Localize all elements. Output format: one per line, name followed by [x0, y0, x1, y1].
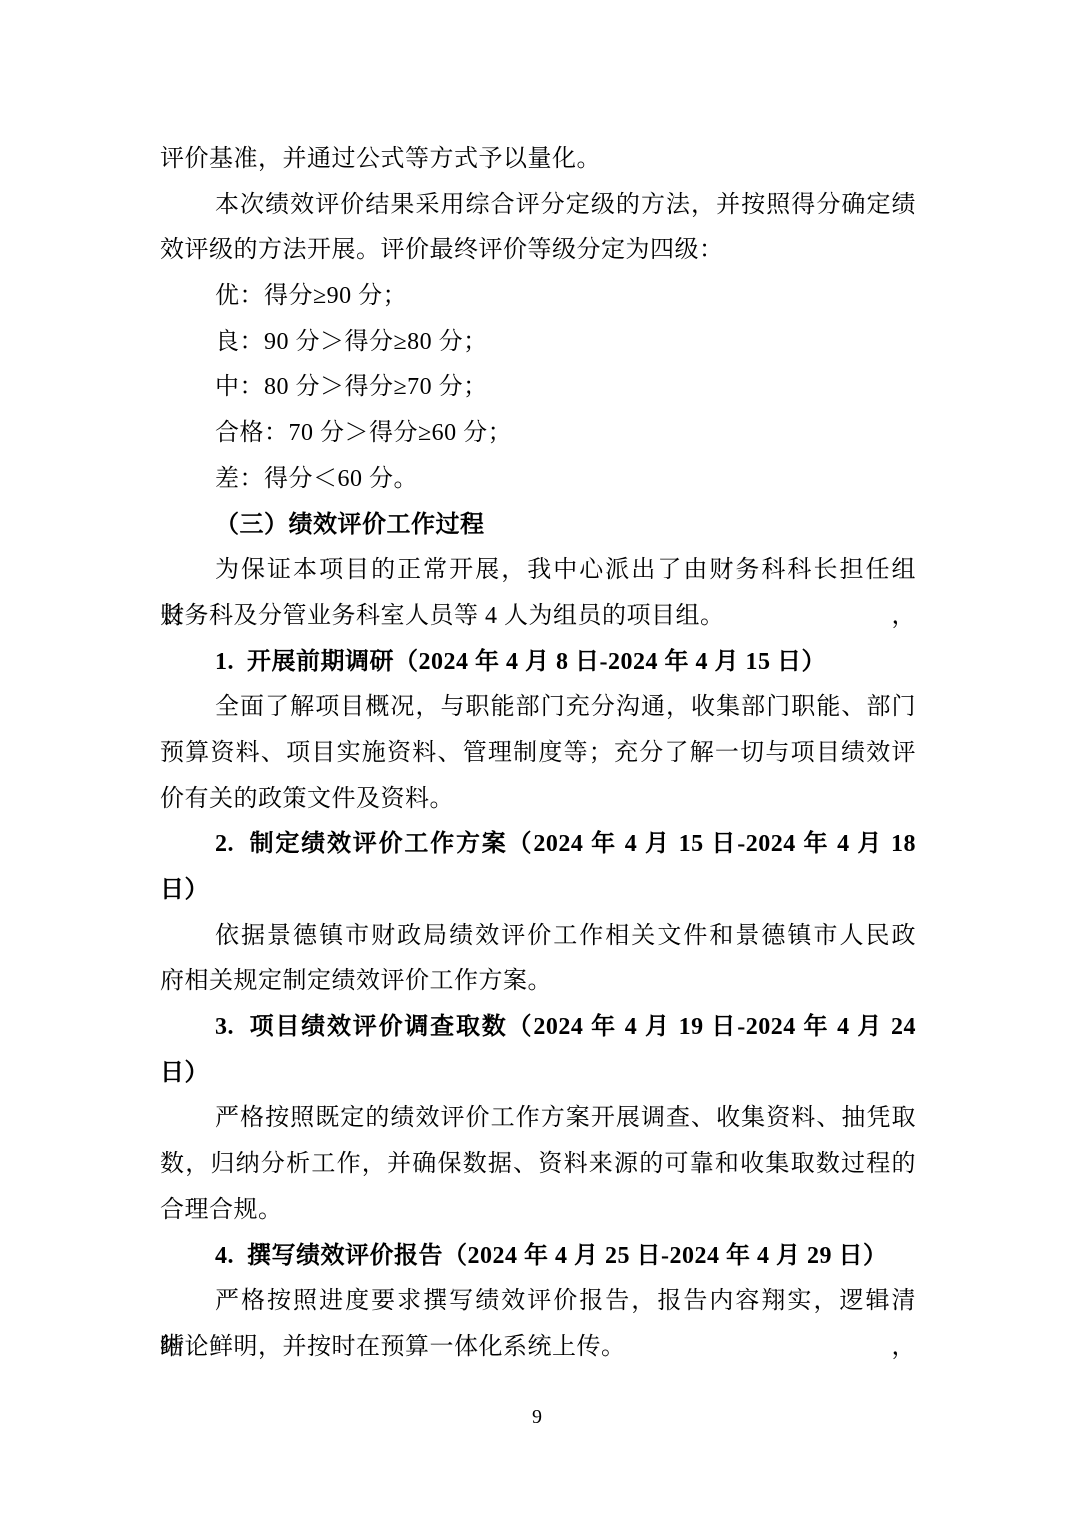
- text-line: 依据景德镇市财政局绩效评价工作相关文件和景德镇市人民政: [160, 914, 916, 960]
- heading-line: 3. 项目绩效评价调查取数（2024 年 4 月 19 日-2024 年 4 月…: [160, 1005, 916, 1051]
- text-line: 数，归纳分析工作，并确保数据、资料来源的可靠和收集取数过程的: [160, 1142, 916, 1188]
- document-page: 评价基准，并通过公式等方式予以量化。本次绩效评价结果采用综合评分定级的方法，并按…: [0, 0, 1074, 1520]
- text-line: 优：得分≥90 分；: [160, 274, 916, 320]
- text-line: 合格：70 分＞得分≥60 分；: [160, 411, 916, 457]
- text-line: 合理合规。: [160, 1188, 916, 1234]
- heading-line: 2. 制定绩效评价工作方案（2024 年 4 月 15 日-2024 年 4 月…: [160, 822, 916, 868]
- text-line: 为保证本项目的正常开展，我中心派出了由财务科科长担任组长，: [160, 548, 916, 594]
- text-line: 本次绩效评价结果采用综合评分定级的方法，并按照得分确定绩: [160, 183, 916, 229]
- page-number: 9: [0, 1404, 1074, 1430]
- text-line: 严格按照进度要求撰写绩效评价报告，报告内容翔实，逻辑清晰，: [160, 1279, 916, 1325]
- heading-line: （三）绩效评价工作过程: [160, 503, 916, 549]
- document-body: 评价基准，并通过公式等方式予以量化。本次绩效评价结果采用综合评分定级的方法，并按…: [160, 137, 916, 1371]
- text-line: 良：90 分＞得分≥80 分；: [160, 320, 916, 366]
- text-line: 严格按照既定的绩效评价工作方案开展调查、收集资料、抽凭取: [160, 1096, 916, 1142]
- text-line: 府相关规定制定绩效评价工作方案。: [160, 959, 916, 1005]
- heading-line: 日）: [160, 868, 916, 914]
- heading-line: 4. 撰写绩效评价报告（2024 年 4 月 25 日-2024 年 4 月 2…: [160, 1234, 916, 1280]
- text-line: 差：得分＜60 分。: [160, 457, 916, 503]
- text-line: 效评级的方法开展。评价最终评价等级分定为四级：: [160, 228, 916, 274]
- text-line: 全面了解项目概况，与职能部门充分沟通，收集部门职能、部门: [160, 685, 916, 731]
- text-line: 预算资料、项目实施资料、管理制度等；充分了解一切与项目绩效评: [160, 731, 916, 777]
- text-line: 价有关的政策文件及资料。: [160, 777, 916, 823]
- text-line: 中：80 分＞得分≥70 分；: [160, 365, 916, 411]
- heading-line: 1. 开展前期调研（2024 年 4 月 8 日-2024 年 4 月 15 日…: [160, 640, 916, 686]
- text-line: 评价基准，并通过公式等方式予以量化。: [160, 137, 916, 183]
- heading-line: 日）: [160, 1051, 916, 1097]
